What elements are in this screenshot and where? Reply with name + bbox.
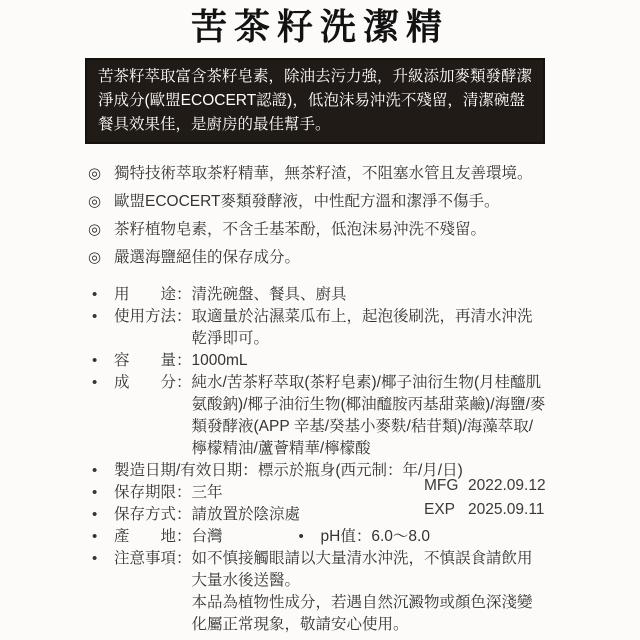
spec-label-directions: 使用方法： [114, 306, 192, 350]
double-circle-bullet-icon: ◎ [88, 244, 114, 272]
spec-label-origin: 產 地： [114, 526, 192, 548]
spec-value-ph: 6.0～8.0 [371, 526, 430, 548]
spec-row-directions: • 使用方法： 取適量於沾濕菜瓜布上，起泡後刷洗，再清水沖洗乾淨即可。 [88, 306, 548, 350]
caution-paragraph-2: 本品為植物性成分，若遇自然沉澱物或顏色深淺變化屬正常現象，敬請安心使用。 [192, 592, 548, 636]
product-label: 苦茶籽洗潔精 苦茶籽萃取富含茶籽皂素，除油去污力強，升級添加麥類發酵潔淨成分(歐… [0, 0, 640, 640]
intro-text: 苦茶籽萃取富含茶籽皂素，除油去污力強，升級添加麥類發酵潔淨成分(歐盟ECOCER… [98, 68, 532, 133]
double-circle-bullet-icon: ◎ [88, 160, 114, 188]
spec-label-ingredients: 成 分： [114, 372, 192, 460]
exp-date: 2025.09.11 [468, 498, 544, 522]
spec-label-storage: 保存方式： [114, 504, 192, 526]
page-title: 苦茶籽洗潔精 [0, 0, 640, 48]
spec-label-cautions: 注意事項： [114, 548, 192, 636]
dot-bullet-icon: • [88, 306, 114, 350]
dot-bullet-icon: • [88, 284, 114, 306]
dot-bullet-icon: • [88, 548, 114, 636]
dot-bullet-icon: • [88, 482, 114, 504]
feature-item: ◎ 歐盟ECOCERT麥類發酵液，中性配方溫和潔淨不傷手。 [88, 188, 552, 216]
feature-item: ◎ 獨特技術萃取茶籽精華，無茶籽渣，不阻塞水管且友善環境。 [88, 160, 552, 188]
spec-row-volume: • 容 量： 1000mL [88, 350, 548, 372]
spec-value-ingredients: 純水/苦茶籽萃取(茶籽皂素)/椰子油衍生物(月桂醯肌氨酸鈉)/椰子油衍生物(椰油… [192, 372, 548, 460]
spec-label-usage: 用 途： [114, 284, 192, 306]
feature-text: 茶籽植物皂素，不含壬基苯酚，低泡沫易沖洗不殘留。 [114, 216, 552, 244]
batch-dates: MFG 2022.09.12 EXP 2025.09.11 [424, 474, 546, 522]
ph-group: • pH值： 6.0～8.0 [299, 526, 430, 548]
dot-bullet-icon: • [299, 526, 321, 548]
double-circle-bullet-icon: ◎ [88, 216, 114, 244]
spec-value-volume: 1000mL [192, 350, 548, 372]
dot-bullet-icon: • [88, 372, 114, 460]
dot-bullet-icon: • [88, 504, 114, 526]
feature-item: ◎ 茶籽植物皂素，不含壬基苯酚，低泡沫易沖洗不殘留。 [88, 216, 552, 244]
spec-value-origin: 台灣 [192, 526, 223, 548]
spec-label-date-marking: 製造日期/有效日期： [114, 460, 258, 482]
dot-bullet-icon: • [88, 350, 114, 372]
spec-value-usage: 清洗碗盤、餐具、廚具 [192, 284, 548, 306]
spec-value-cautions: 如不慎接觸眼請以大量清水沖洗，不慎誤食請飲用大量水後送醫。 本品為植物性成分，若… [192, 548, 548, 636]
spec-value-directions: 取適量於沾濕菜瓜布上，起泡後刷洗，再清水沖洗乾淨即可。 [192, 306, 548, 350]
feature-list: ◎ 獨特技術萃取茶籽精華，無茶籽渣，不阻塞水管且友善環境。 ◎ 歐盟ECOCER… [88, 160, 552, 272]
mfg-label: MFG [424, 474, 468, 498]
intro-highlight-box: 苦茶籽萃取富含茶籽皂素，除油去污力強，升級添加麥類發酵潔淨成分(歐盟ECOCER… [85, 58, 545, 144]
mfg-date: 2022.09.12 [468, 474, 546, 498]
exp-label: EXP [424, 498, 468, 522]
feature-item: ◎ 嚴選海鹽絕佳的保存成分。 [88, 244, 552, 272]
feature-text: 歐盟ECOCERT麥類發酵液，中性配方溫和潔淨不傷手。 [114, 188, 552, 216]
spec-row-origin-ph: • 產 地： 台灣 • pH值： 6.0～8.0 [88, 526, 548, 548]
spec-row-usage: • 用 途： 清洗碗盤、餐具、廚具 [88, 284, 548, 306]
spec-row-ingredients: • 成 分： 純水/苦茶籽萃取(茶籽皂素)/椰子油衍生物(月桂醯肌氨酸鈉)/椰子… [88, 372, 548, 460]
spec-label-volume: 容 量： [114, 350, 192, 372]
exp-date-row: EXP 2025.09.11 [424, 498, 546, 522]
dot-bullet-icon: • [88, 526, 114, 548]
mfg-date-row: MFG 2022.09.12 [424, 474, 546, 498]
caution-paragraph-1: 如不慎接觸眼請以大量清水沖洗，不慎誤食請飲用大量水後送醫。 [192, 548, 548, 592]
feature-text: 獨特技術萃取茶籽精華，無茶籽渣，不阻塞水管且友善環境。 [114, 160, 552, 188]
double-circle-bullet-icon: ◎ [88, 188, 114, 216]
spec-label-shelf-life: 保存期限： [114, 482, 192, 504]
feature-text: 嚴選海鹽絕佳的保存成分。 [114, 244, 552, 272]
dot-bullet-icon: • [88, 460, 114, 482]
spec-list: • 用 途： 清洗碗盤、餐具、廚具 • 使用方法： 取適量於沾濕菜瓜布上，起泡後… [88, 284, 548, 636]
spec-row-cautions: • 注意事項： 如不慎接觸眼請以大量清水沖洗，不慎誤食請飲用大量水後送醫。 本品… [88, 548, 548, 636]
spec-label-ph: pH值： [321, 526, 372, 548]
